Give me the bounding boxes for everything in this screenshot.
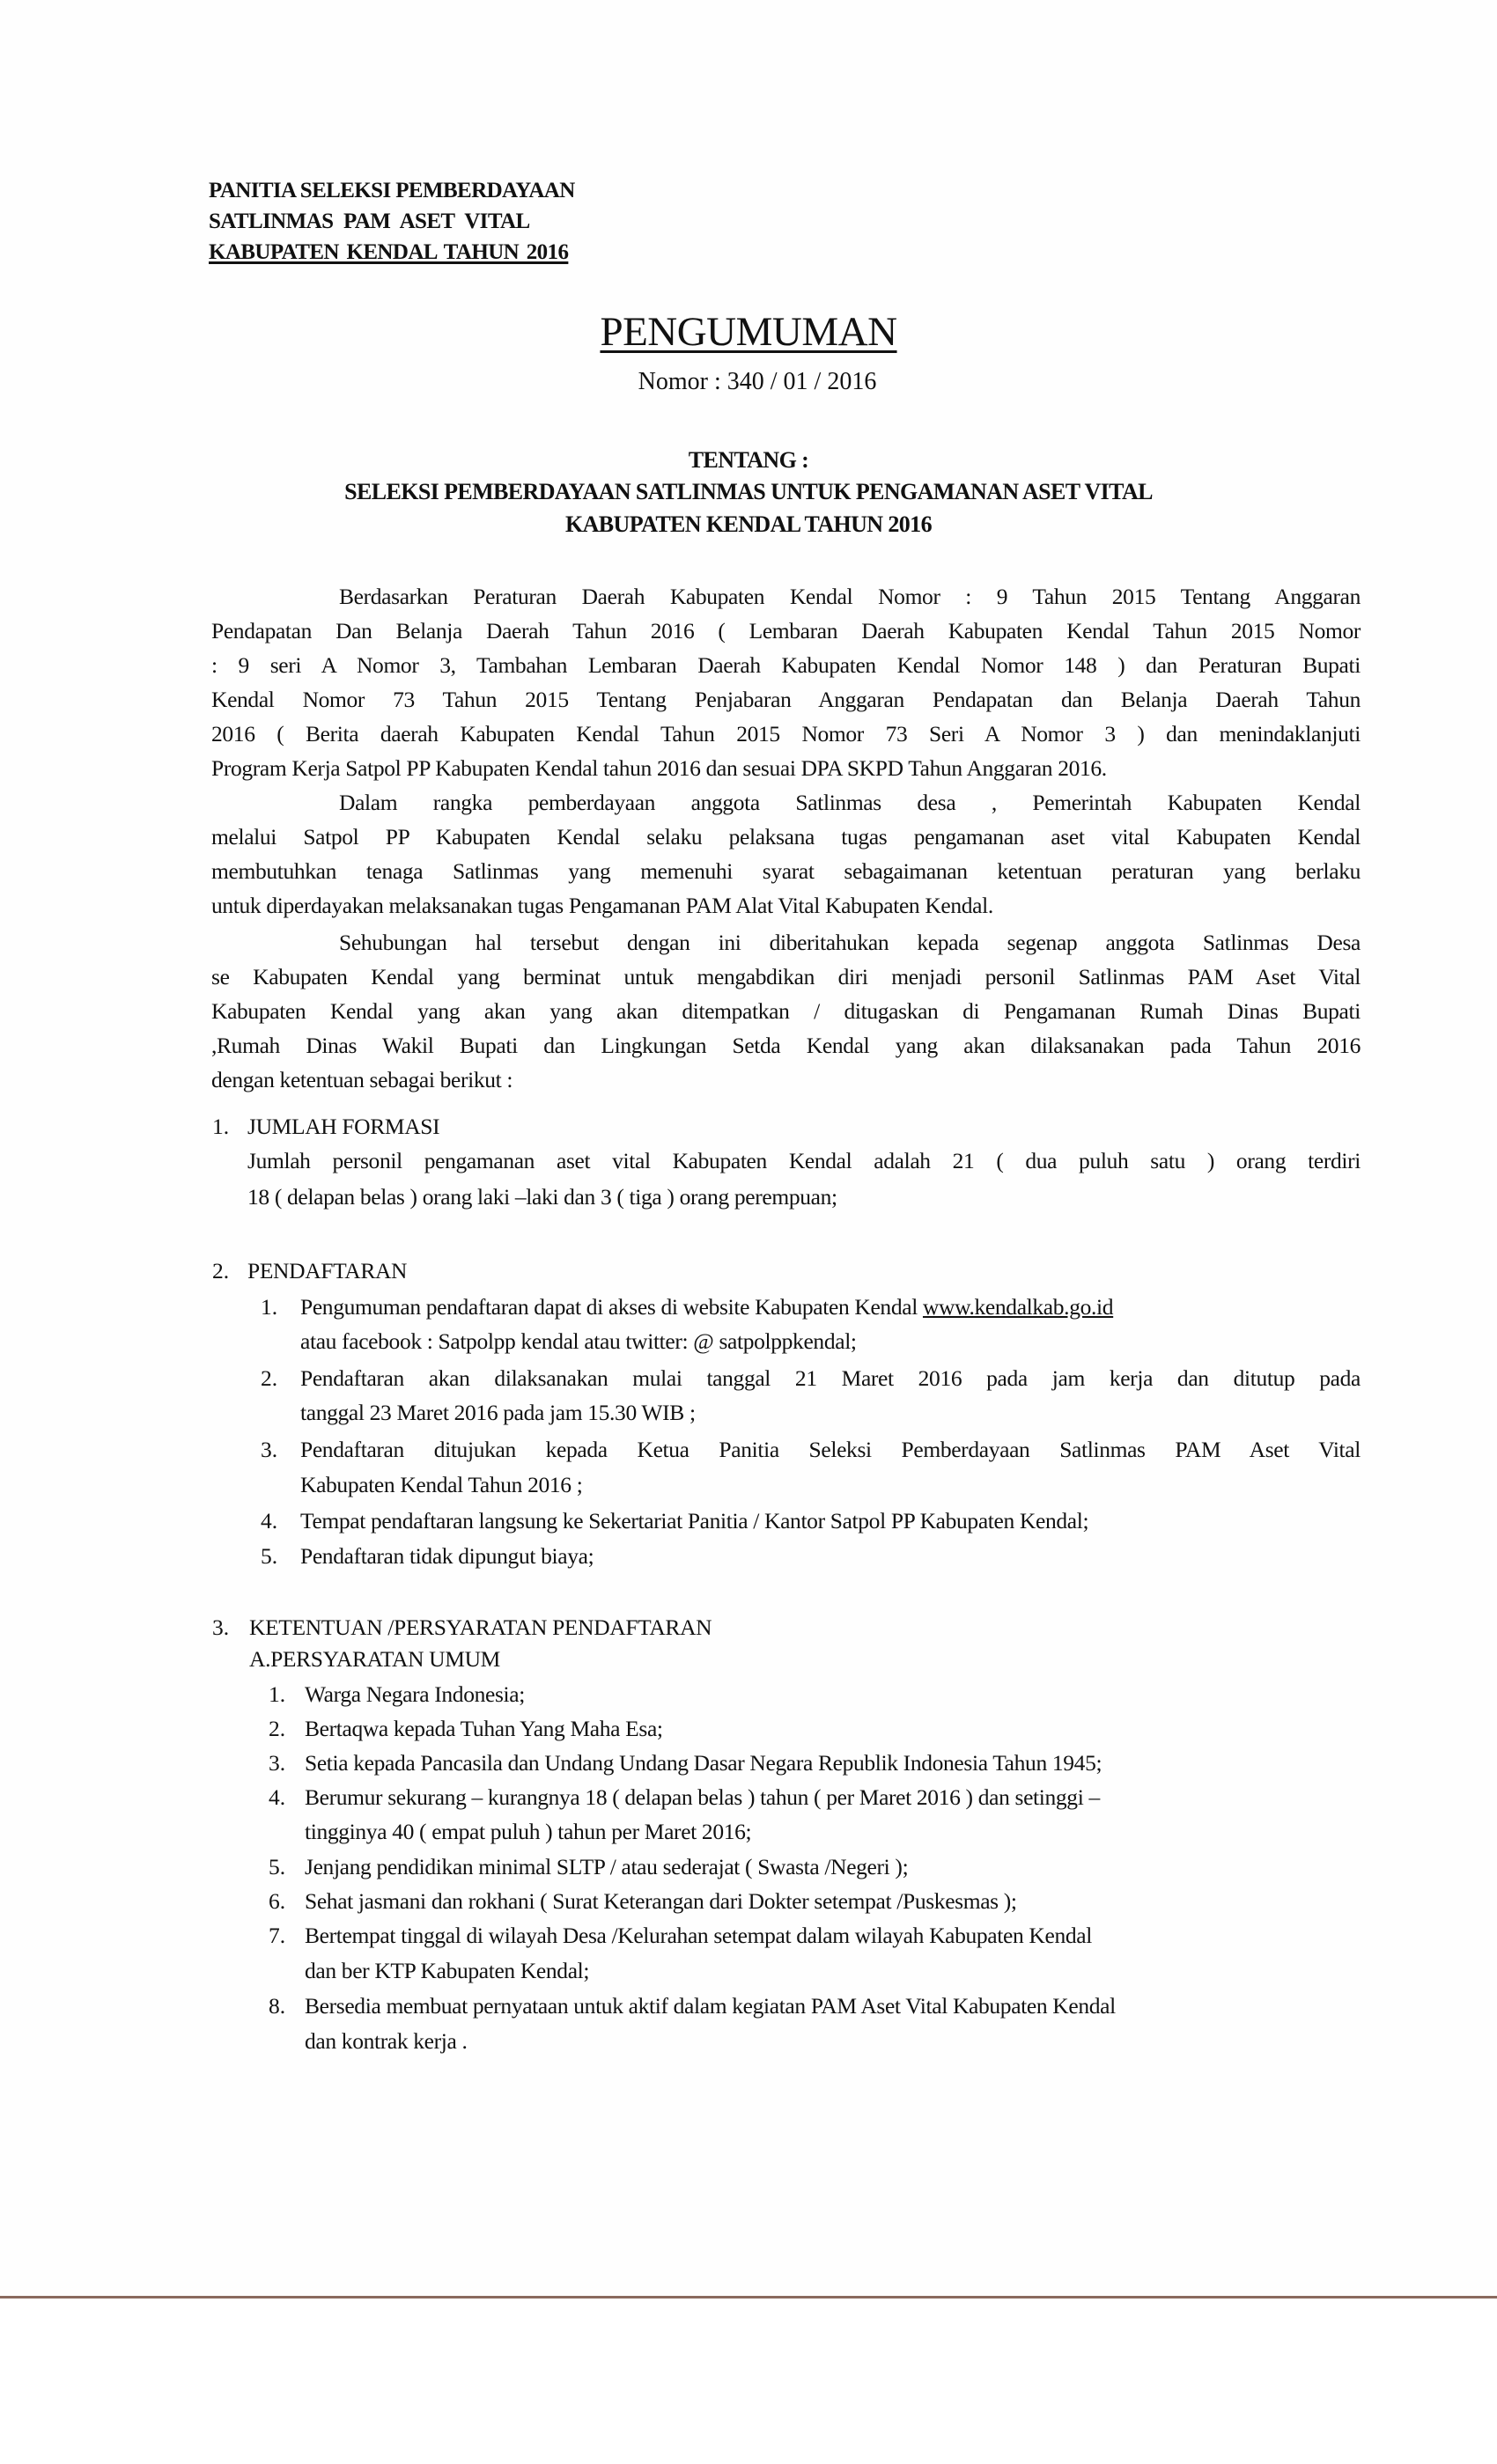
section-heading: KETENTUAN /PERSYARATAN PENDAFTARAN — [249, 1614, 712, 1641]
list-number: 7. — [269, 1923, 285, 1949]
list-item-line: tingginya 40 ( empat puluh ) tahun per M… — [305, 1819, 751, 1845]
subject-line-1: SELEKSI PEMBERDAYAAN SATLINMAS UNTUK PEN… — [0, 479, 1497, 505]
list-number: 5. — [269, 1854, 285, 1880]
list-number: 4. — [261, 1508, 277, 1534]
list-number: 3. — [261, 1437, 277, 1463]
list-number: 1. — [269, 1681, 285, 1708]
list-item-line: Berumur sekurang – kurangnya 18 ( delapa… — [305, 1784, 1100, 1811]
list-item-line: atau facebook : Satpolpp kendal atau twi… — [300, 1328, 857, 1355]
list-item-line: Bertempat tinggal di wilayah Desa /Kelur… — [305, 1923, 1092, 1949]
letterhead-line-2: SATLINMAS PAM ASET VITAL — [209, 210, 530, 234]
section-heading: PENDAFTARAN — [247, 1258, 407, 1284]
list-item-line: Pendaftaran tidak dipungut biaya; — [300, 1543, 594, 1570]
list-number: 5. — [261, 1543, 277, 1570]
list-item-line: Pendaftaran akan dilaksanakan mulai tang… — [300, 1365, 1361, 1392]
paragraph-line: membutuhkan tenaga Satlinmas yang memenu… — [211, 858, 1361, 885]
paragraph-line: melalui Satpol PP Kabupaten Kendal selak… — [211, 824, 1361, 850]
subject-line-2: KABUPATEN KENDAL TAHUN 2016 — [0, 511, 1497, 538]
list-item-line: Bersedia membuat pernyataan untuk aktif … — [305, 1993, 1116, 2019]
website-link[interactable]: www.kendalkab.go.id — [923, 1294, 1113, 1320]
paragraph-line: dengan ketentuan sebagai berikut : — [211, 1067, 513, 1093]
section-number: 2. — [212, 1258, 229, 1284]
list-item-line: Tempat pendaftaran langsung ke Sekertari… — [300, 1508, 1088, 1534]
list-item-line: Setia kepada Pancasila dan Undang Undang… — [305, 1750, 1102, 1776]
list-item-line: dan ber KTP Kabupaten Kendal; — [305, 1958, 589, 1984]
list-item-line: Pengumuman pendaftaran dapat di akses di… — [300, 1294, 1113, 1320]
list-number: 2. — [261, 1365, 277, 1392]
list-item-line: Bertaqwa kepada Tuhan Yang Maha Esa; — [305, 1716, 663, 1742]
paragraph-line: Pendapatan Dan Belanja Daerah Tahun 2016… — [211, 618, 1361, 644]
paragraph-line: Berdasarkan Peraturan Daerah Kabupaten K… — [339, 584, 1361, 610]
paragraph-line: 2016 ( Berita daerah Kabupaten Kendal Ta… — [211, 721, 1361, 747]
paragraph-line: se Kabupaten Kendal yang berminat untuk … — [211, 964, 1361, 990]
paragraph-line: : 9 seri A Nomor 3, Tambahan Lembaran Da… — [211, 652, 1361, 679]
list-item-line: tanggal 23 Maret 2016 pada jam 15.30 WIB… — [300, 1400, 696, 1426]
paragraph-line: Sehubungan hal tersebut dengan ini diber… — [339, 930, 1361, 956]
tentang-label: TENTANG : — [0, 447, 1497, 474]
list-number: 4. — [269, 1784, 285, 1811]
list-item-line: Pendaftaran ditujukan kepada Ketua Panit… — [300, 1437, 1361, 1463]
section-subheading: A.PERSYARATAN UMUM — [249, 1646, 500, 1673]
scanned-page: PANITIA SELEKSI PEMBERDAYAAN SATLINMAS P… — [0, 0, 1497, 2299]
letterhead-line-3: KABUPATEN KENDAL TAHUN 2016 — [209, 240, 568, 265]
paragraph-line: Kendal Nomor 73 Tahun 2015 Tentang Penja… — [211, 687, 1361, 713]
list-number: 6. — [269, 1888, 285, 1915]
paragraph-line: Dalam rangka pemberdayaan anggota Satlin… — [339, 790, 1361, 816]
list-number: 8. — [269, 1993, 285, 2019]
section-line: 18 ( delapan belas ) orang laki –laki da… — [247, 1184, 837, 1210]
paragraph-line: Kabupaten Kendal yang akan yang akan dit… — [211, 998, 1361, 1025]
paragraph-line: ,Rumah Dinas Wakil Bupati dan Lingkungan… — [211, 1033, 1361, 1059]
list-item-text: Pengumuman pendaftaran dapat di akses di… — [300, 1294, 923, 1320]
letterhead-line-1: PANITIA SELEKSI PEMBERDAYAAN — [209, 179, 575, 203]
list-number: 3. — [269, 1750, 285, 1776]
list-number: 2. — [269, 1716, 285, 1742]
page-title: PENGUMUMAN — [0, 308, 1497, 356]
section-line: Jumlah personil pengamanan aset vital Ka… — [247, 1148, 1361, 1174]
section-heading: JUMLAH FORMASI — [247, 1114, 439, 1140]
list-item-line: Warga Negara Indonesia; — [305, 1681, 525, 1708]
section-number: 3. — [212, 1614, 229, 1641]
list-item-line: Jenjang pendidikan minimal SLTP / atau s… — [305, 1854, 908, 1880]
list-item-line: Sehat jasmani dan rokhani ( Surat Ketera… — [305, 1888, 1017, 1915]
paragraph-line: untuk diperdayakan melaksanakan tugas Pe… — [211, 893, 993, 919]
document-number: Nomor : 340 / 01 / 2016 — [9, 368, 1497, 396]
list-number: 1. — [261, 1294, 277, 1320]
section-number: 1. — [212, 1114, 229, 1140]
list-item-line: dan kontrak kerja . — [305, 2028, 468, 2055]
paragraph-line: Program Kerja Satpol PP Kabupaten Kendal… — [211, 755, 1107, 782]
list-item-line: Kabupaten Kendal Tahun 2016 ; — [300, 1472, 582, 1498]
